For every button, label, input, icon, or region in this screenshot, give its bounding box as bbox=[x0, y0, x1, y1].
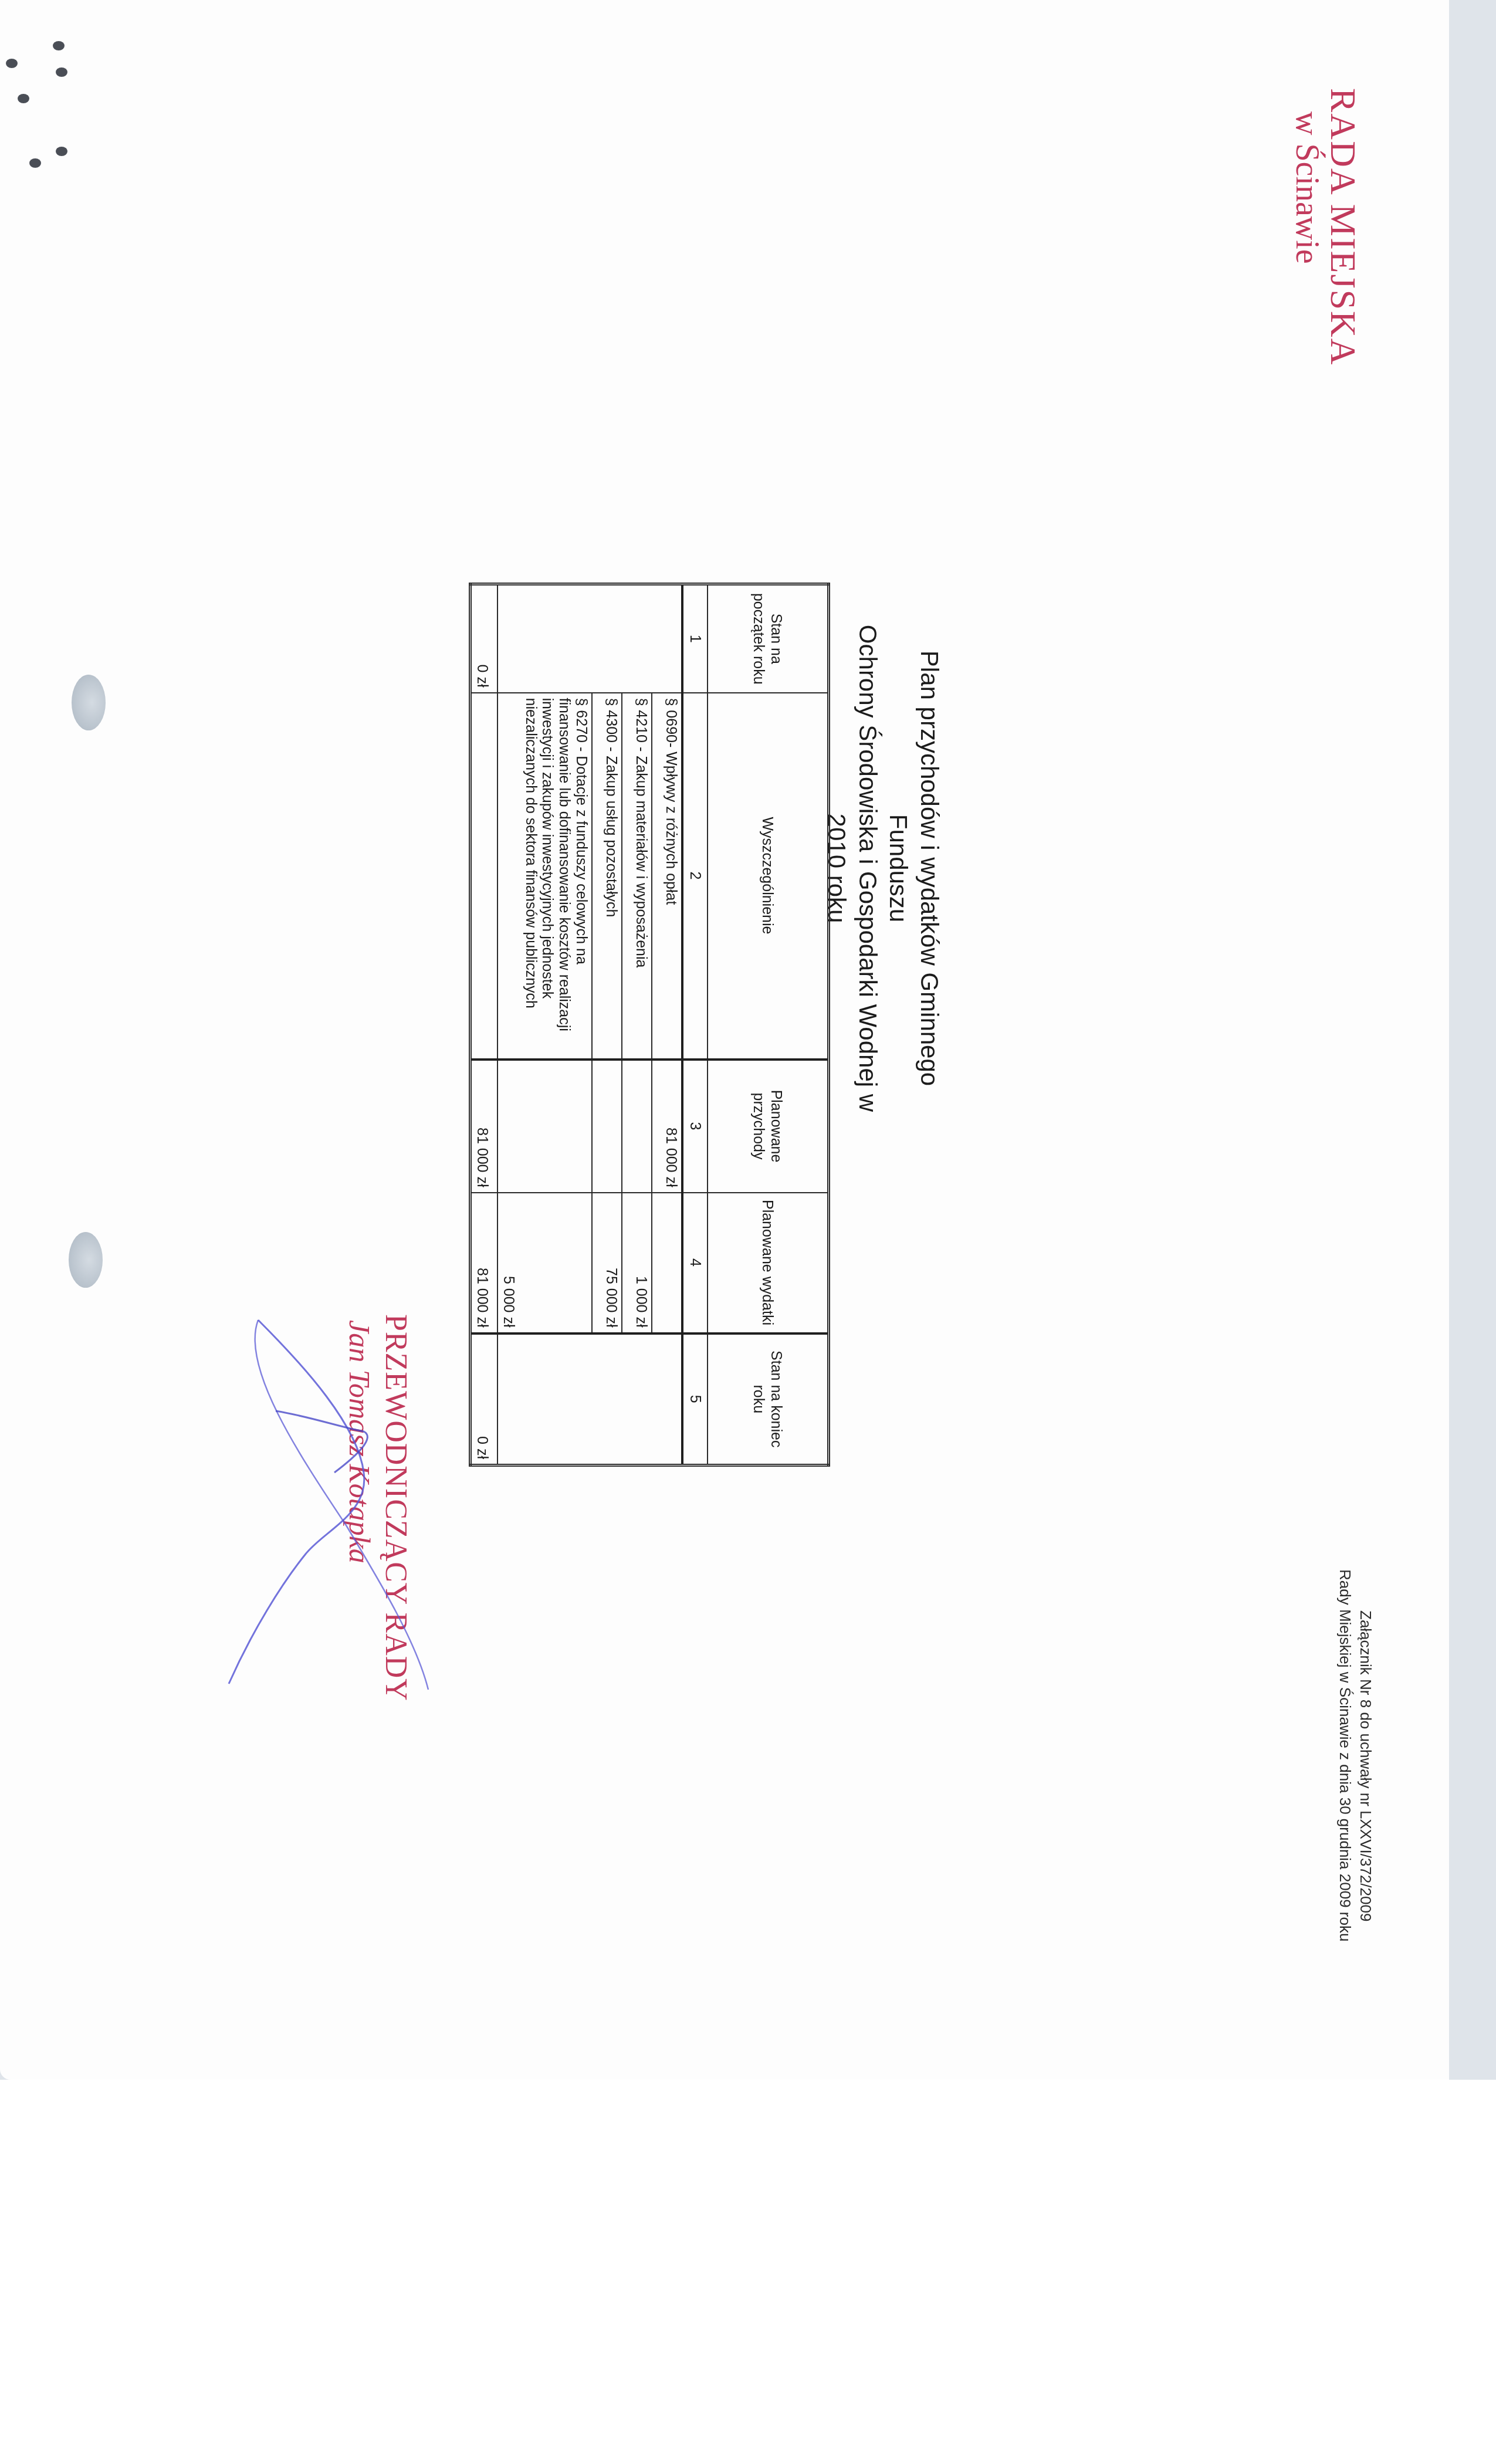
punch-hole bbox=[69, 1232, 103, 1288]
opening-balance-value: 0 zł bbox=[471, 584, 498, 693]
header-description: Wyszczególnienie bbox=[708, 693, 829, 1060]
header-closing-balance: Stan na koniec roku bbox=[708, 1333, 829, 1465]
row-expense bbox=[652, 1193, 682, 1333]
torn-mark bbox=[6, 59, 18, 68]
column-number: 4 bbox=[682, 1193, 708, 1333]
row-revenue bbox=[497, 1060, 592, 1193]
header-planned-expense: Planowane wydatki bbox=[708, 1193, 829, 1333]
council-stamp: RADA MIEJSKA w Ścinawie bbox=[1288, 88, 1361, 366]
torn-mark bbox=[56, 147, 67, 156]
row-description: § 0690- Wpływy z różnych opłat bbox=[652, 693, 682, 1060]
column-number-row: 1 2 3 4 5 bbox=[682, 584, 708, 1465]
closing-balance-cell bbox=[497, 1333, 682, 1465]
row-description: § 4300 - Zakup usług pozostałych bbox=[592, 693, 622, 1060]
closing-balance-value: 0 zł bbox=[471, 1333, 498, 1465]
title-line-2: Ochrony Środowiska i Gospodarki Wodnej w… bbox=[821, 604, 883, 1132]
table-row: § 6270 - Dotacje z funduszy celowych na … bbox=[497, 584, 592, 1465]
row-description: § 4210 - Zakup materiałów i wyposażenia bbox=[622, 693, 652, 1060]
table-row: § 4210 - Zakup materiałów i wyposażenia … bbox=[622, 584, 652, 1465]
row-expense: 75 000 zł bbox=[592, 1193, 622, 1333]
opening-balance-cell bbox=[497, 584, 682, 693]
annex-line-2: Rady Miejskiej w Ścinawie z dnia 30 grud… bbox=[1335, 1569, 1355, 1941]
header-planned-revenue: Planowane przychody bbox=[708, 1060, 829, 1193]
budget-table: Stan na początek roku Wyszczególnienie P… bbox=[469, 583, 830, 1467]
row-expense: 1 000 zł bbox=[622, 1193, 652, 1333]
handwritten-signature bbox=[205, 1279, 452, 1701]
table-row: § 4300 - Zakup usług pozostałych 75 000 … bbox=[592, 584, 622, 1465]
annex-line-1: Załącznik Nr 8 do uchwały nr LXXVI/372/2… bbox=[1355, 1569, 1376, 1941]
table-row: § 0690- Wpływy z różnych opłat 81 000 zł bbox=[652, 584, 682, 1465]
column-number: 1 bbox=[682, 584, 708, 693]
totals-label-cell bbox=[471, 693, 498, 1060]
torn-mark bbox=[18, 94, 29, 103]
header-opening-balance: Stan na początek roku bbox=[708, 584, 829, 693]
row-expense: 5 000 zł bbox=[497, 1193, 592, 1333]
punch-hole bbox=[72, 675, 106, 730]
row-revenue bbox=[592, 1060, 622, 1193]
table-header-row: Stan na początek roku Wyszczególnienie P… bbox=[708, 584, 829, 1465]
column-number: 2 bbox=[682, 693, 708, 1060]
torn-mark bbox=[29, 158, 41, 168]
stamp-line-2: w Ścinawie bbox=[1288, 88, 1325, 366]
row-revenue bbox=[622, 1060, 652, 1193]
totals-row: 0 zł 81 000 zł 81 000 zł 0 zł bbox=[471, 584, 498, 1465]
torn-mark bbox=[56, 67, 67, 77]
column-number: 3 bbox=[682, 1060, 708, 1193]
document-title: Plan przychodów i wydatków Gminnego Fund… bbox=[821, 604, 945, 1132]
torn-mark bbox=[53, 41, 65, 50]
annex-note: Załącznik Nr 8 do uchwały nr LXXVI/372/2… bbox=[1335, 1569, 1376, 1941]
stamp-line-1: RADA MIEJSKA bbox=[1325, 88, 1361, 366]
column-number: 5 bbox=[682, 1333, 708, 1465]
row-revenue: 81 000 zł bbox=[652, 1060, 682, 1193]
title-line-1: Plan przychodów i wydatków Gminnego Fund… bbox=[883, 604, 945, 1132]
total-revenue: 81 000 zł bbox=[471, 1060, 498, 1193]
document-page: RADA MIEJSKA w Ścinawie Załącznik Nr 8 d… bbox=[0, 0, 1449, 2080]
row-description: § 6270 - Dotacje z funduszy celowych na … bbox=[497, 693, 592, 1060]
total-expense: 81 000 zł bbox=[471, 1193, 498, 1333]
